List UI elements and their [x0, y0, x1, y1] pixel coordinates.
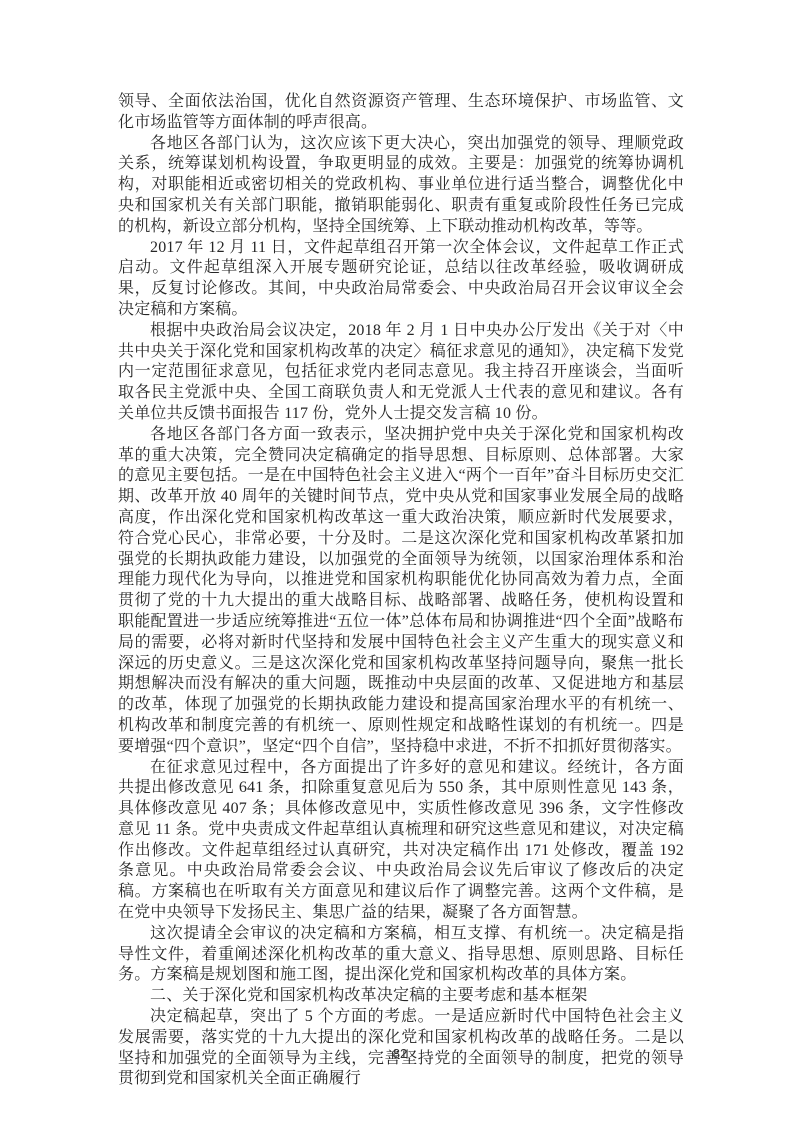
- body-paragraph: 这次提请全会审议的决定稿和方案稿，相互支撑、有机统一。决定稿是指导性文件，着重阐…: [118, 924, 684, 986]
- page-number: 82: [0, 1046, 800, 1061]
- body-paragraph: 各地区各部门各方面一致表示，坚决拥护党中央关于深化党和国家机构改革的重大决策，完…: [118, 425, 684, 758]
- body-paragraph: 在征求意见过程中，各方面提出了许多好的意见和建议。经统计，各方面共提出修改意见 …: [118, 758, 684, 924]
- body-paragraph-continuation: 领导、全面依法治国，优化自然资源资产管理、生态环境保护、市场监管、文化市场监管等…: [118, 92, 684, 134]
- document-text-block: 领导、全面依法治国，优化自然资源资产管理、生态环境保护、市场监管、文化市场监管等…: [118, 92, 684, 1090]
- document-page: 领导、全面依法治国，优化自然资源资产管理、生态环境保护、市场监管、文化市场监管等…: [0, 0, 800, 1133]
- body-paragraph: 根据中央政治局会议决定，2018 年 2 月 1 日中央办公厅发出《关于对〈中共…: [118, 321, 684, 425]
- section-heading: 二、关于深化党和国家机构改革决定稿的主要考虑和基本框架: [118, 986, 684, 1007]
- body-paragraph: 2017 年 12 月 11 日，文件起草组召开第一次全体会议，文件起草工作正式…: [118, 238, 684, 321]
- body-paragraph: 各地区各部门认为，这次应该下更大决心，突出加强党的领导、理顺党政关系，统筹谋划机…: [118, 134, 684, 238]
